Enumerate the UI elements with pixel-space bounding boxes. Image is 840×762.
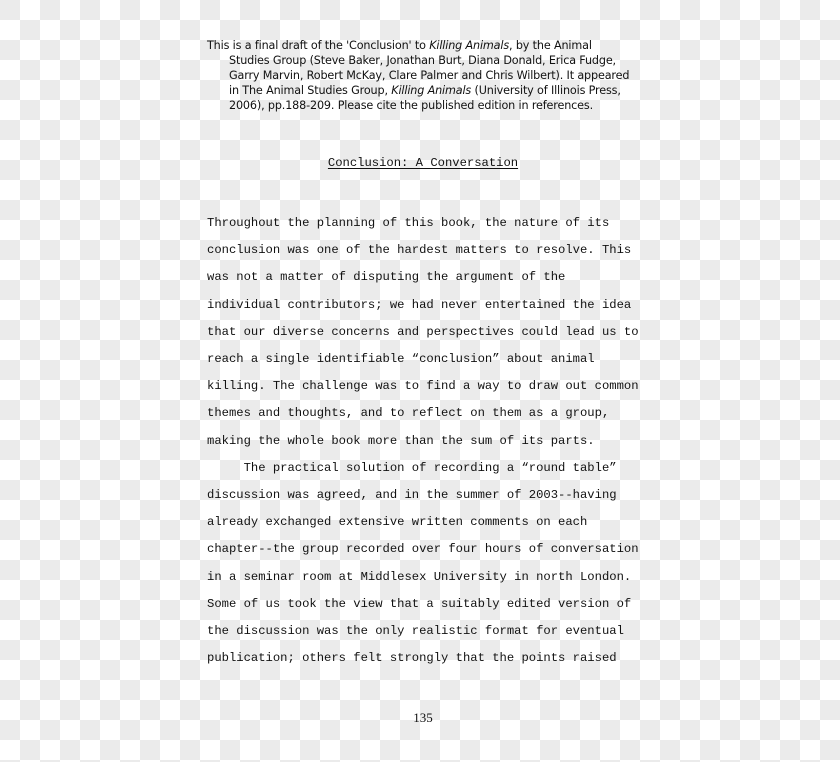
body-line: publication; others felt strongly that t… (207, 645, 647, 672)
citation-line: in The Animal Studies Group, Killing Ani… (207, 83, 647, 98)
citation-note: This is a final draft of the 'Conclusion… (207, 38, 647, 113)
citation-text: This is a final draft of the 'Conclusion… (207, 39, 429, 52)
citation-text: (University of Illinois Press, (471, 84, 621, 97)
book-title: Killing Animals (429, 39, 509, 52)
body-line: conclusion was one of the hardest matter… (207, 237, 647, 264)
body-line: already exchanged extensive written comm… (207, 509, 647, 536)
citation-text: Studies Group (Steve Baker, Jonathan Bur… (229, 54, 616, 67)
body-line: Throughout the planning of this book, th… (207, 210, 647, 237)
body-text: Throughout the planning of this book, th… (207, 210, 647, 672)
citation-text: , by the Animal (509, 39, 592, 52)
citation-line: 2006), pp.188-209. Please cite the publi… (207, 98, 647, 113)
body-line: themes and thoughts, and to reflect on t… (207, 400, 647, 427)
citation-text: 2006), pp.188-209. Please cite the publi… (229, 99, 593, 112)
body-line: the discussion was the only realistic fo… (207, 618, 647, 645)
body-line: discussion was agreed, and in the summer… (207, 482, 647, 509)
body-line: individual contributors; we had never en… (207, 292, 647, 319)
page-number: 135 (0, 710, 840, 726)
citation-line: Garry Marvin, Robert McKay, Clare Palmer… (207, 68, 647, 83)
body-line: Some of us took the view that a suitably… (207, 591, 647, 618)
citation-line: Studies Group (Steve Baker, Jonathan Bur… (207, 53, 647, 68)
body-line: was not a matter of disputing the argume… (207, 264, 647, 291)
citation-line: This is a final draft of the 'Conclusion… (207, 38, 647, 53)
body-line: in a seminar room at Middlesex Universit… (207, 564, 647, 591)
citation-text: in The Animal Studies Group, (229, 84, 391, 97)
body-line: reach a single identifiable “conclusion”… (207, 346, 647, 373)
book-title: Killing Animals (391, 84, 471, 97)
citation-text: Garry Marvin, Robert McKay, Clare Palmer… (229, 69, 629, 82)
body-line: that our diverse concerns and perspectiv… (207, 319, 647, 346)
chapter-title: Conclusion: A Conversation (0, 156, 840, 170)
body-line: The practical solution of recording a “r… (207, 455, 647, 482)
body-line: making the whole book more than the sum … (207, 428, 647, 455)
body-line: killing. The challenge was to find a way… (207, 373, 647, 400)
chapter-title-text: Conclusion: A Conversation (328, 156, 518, 170)
body-line: chapter--the group recorded over four ho… (207, 536, 647, 563)
